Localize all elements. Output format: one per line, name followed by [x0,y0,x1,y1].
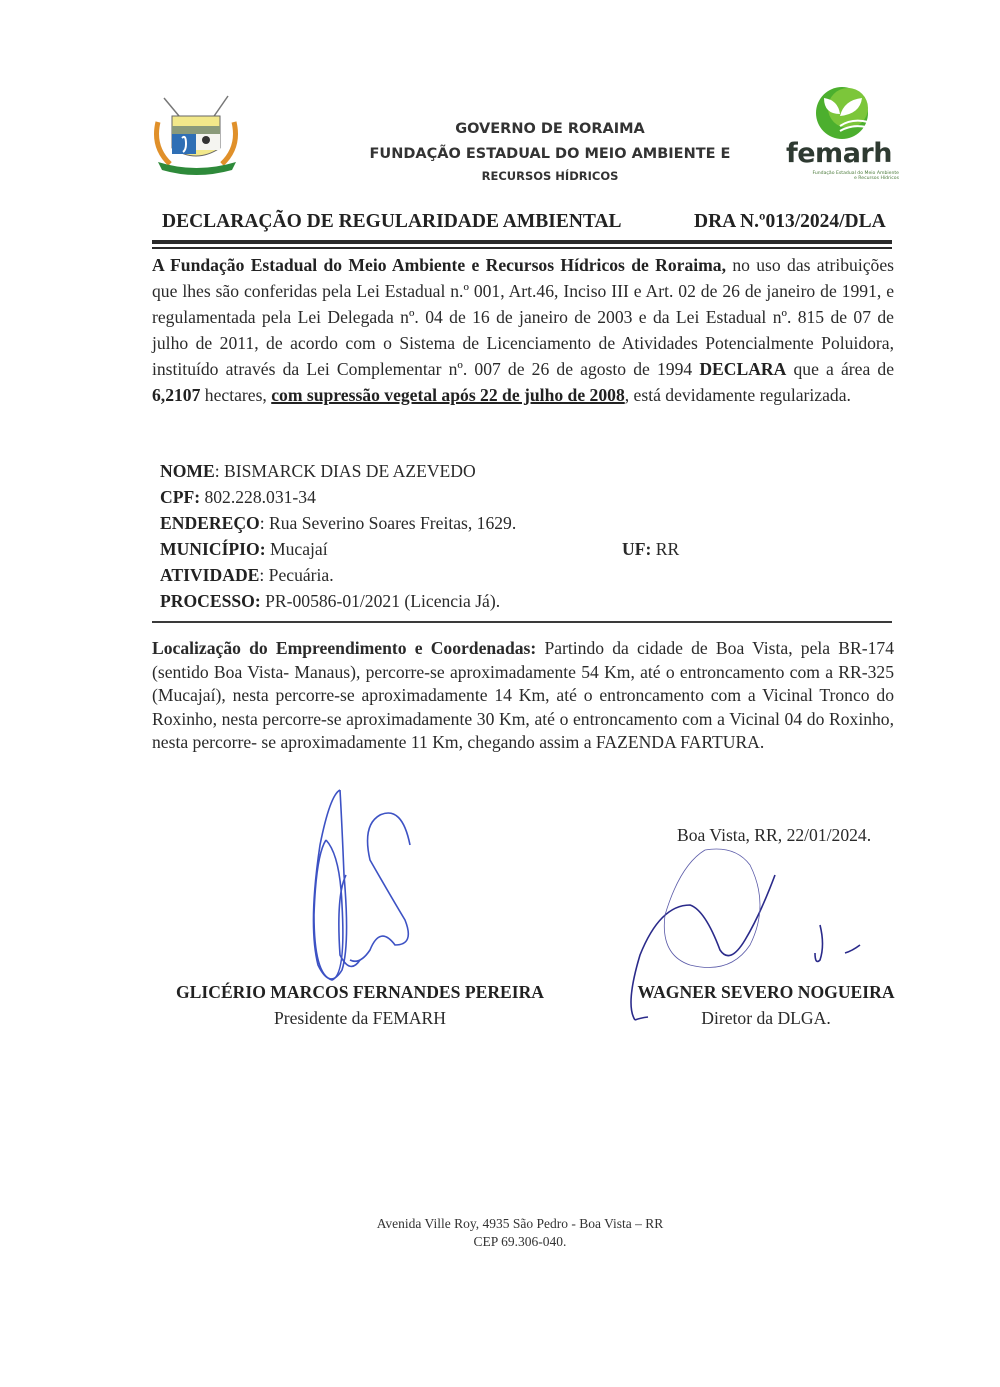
nome-value: : BISMARCK DIAS DE AZEVEDO [215,461,476,481]
footer-cep: CEP 69.306-040. [300,1234,740,1250]
info-processo: PROCESSO: PR-00586-01/2021 (Licencia Já)… [160,588,500,614]
vegetation-suppression-note: com supressão vegetal após 22 de julho d… [271,385,625,405]
info-atividade: ATIVIDADE: Pecuária. [160,562,334,588]
location-label: Localização do Empreendimento e Coordena… [152,638,536,658]
signer-role-president: Presidente da FEMARH [152,1008,568,1029]
header-resources-line: RECURSOS HÍDRICOS [300,169,800,183]
info-nome: NOME: BISMARCK DIAS DE AZEVEDO [160,458,476,484]
info-cpf: CPF: 802.228.031-34 [160,484,316,510]
declaration-paragraph: A Fundação Estadual do Meio Ambiente e R… [152,252,894,408]
paragraph-text: que a área de [786,359,894,379]
signature-president-icon [290,785,440,990]
document-title: DECLARAÇÃO DE REGULARIDADE AMBIENTAL [162,211,622,233]
info-divider [152,621,892,623]
location-paragraph: Localização do Empreendimento e Coordena… [152,637,894,755]
municipio-label: MUNICÍPIO: [160,539,266,559]
atividade-label: ATIVIDADE [160,565,259,585]
uf-label: UF: [622,539,651,559]
roraima-coat-of-arms-icon [150,92,242,180]
paragraph-text: hectares, [200,385,271,405]
cpf-label: CPF: [160,487,200,507]
processo-value: PR-00586-01/2021 (Licencia Já). [261,591,500,611]
uf-value: RR [651,539,679,559]
info-municipio: MUNICÍPIO: Mucajaí [160,536,328,562]
title-divider-thin [152,247,892,249]
info-endereco: ENDEREÇO: Rua Severino Soares Freitas, 1… [160,510,516,536]
femarh-subtitle-line2: e Recursos Hídricos [787,176,899,181]
header-foundation-line: FUNDAÇÃO ESTADUAL DO MEIO AMBIENTE E [300,146,800,162]
endereco-label: ENDEREÇO [160,513,260,533]
signer-name-director: WAGNER SEVERO NOGUEIRA [618,982,914,1003]
title-divider-thick [152,240,892,244]
footer-address: Avenida Ville Roy, 4935 São Pedro - Boa … [300,1216,740,1232]
municipio-value: Mucajaí [266,539,328,559]
cpf-value: 802.228.031-34 [200,487,316,507]
area-value: 6,2107 [152,385,200,405]
processo-label: PROCESSO: [160,591,261,611]
signer-role-director: Diretor da DLGA. [618,1008,914,1029]
declara-keyword: DECLARA [699,359,786,379]
femarh-wordmark: femarh [786,138,892,169]
atividade-value: : Pecuária. [259,565,333,585]
info-uf: UF: RR [622,536,679,562]
foundation-name: A Fundação Estadual do Meio Ambiente e R… [152,255,726,275]
signer-name-president: GLICÉRIO MARCOS FERNANDES PEREIRA [152,982,568,1003]
document-number: DRA N.º013/2024/DLA [694,211,886,233]
endereco-value: : Rua Severino Soares Freitas, 1629. [260,513,517,533]
femarh-subtitle: Fundação Estadual do Meio Ambiente e Rec… [787,171,899,181]
paragraph-text: , está devidamente regularizada. [625,385,851,405]
nome-label: NOME [160,461,215,481]
header-government-line: GOVERNO DE RORAIMA [300,121,800,137]
